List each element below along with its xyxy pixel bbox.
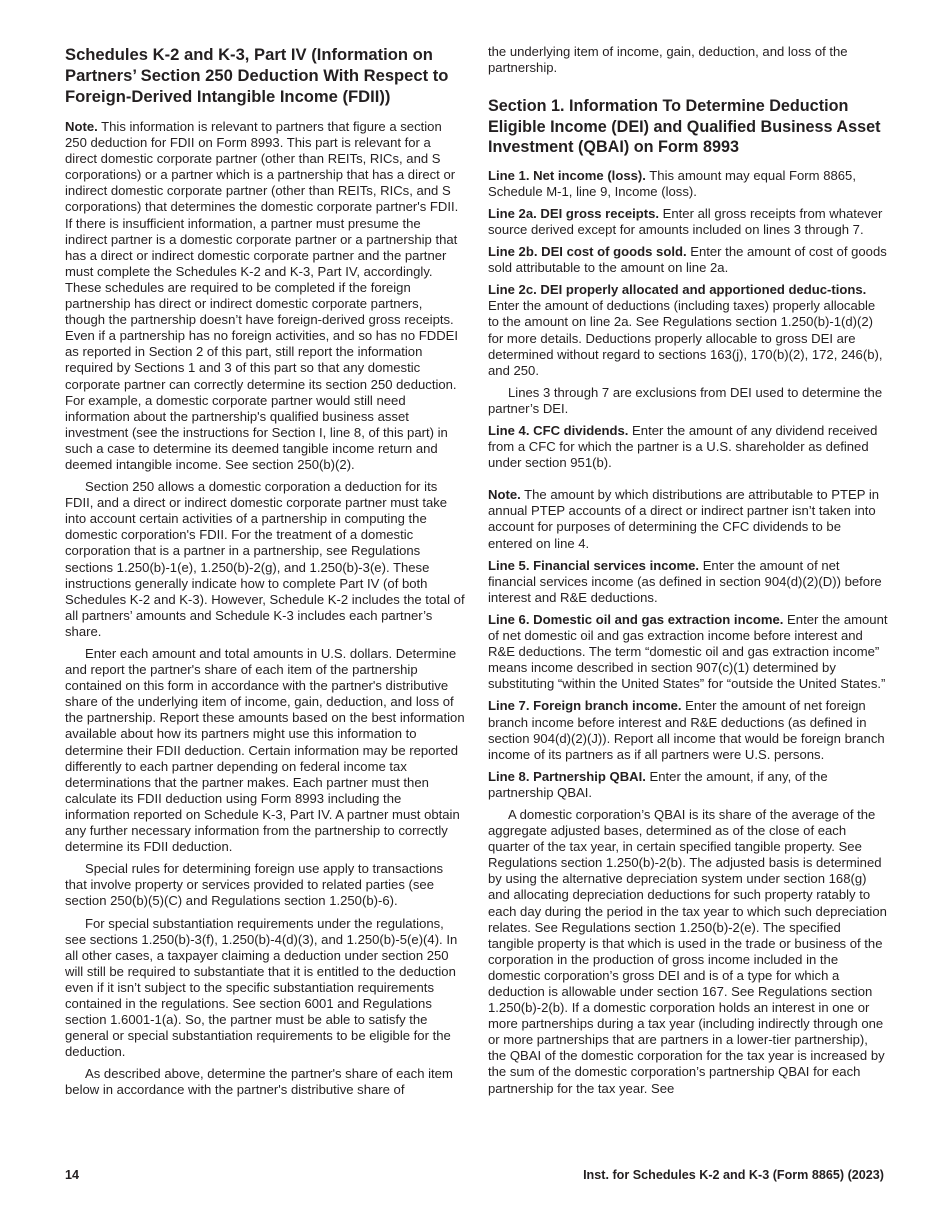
line-4-lead: Line 4. CFC dividends. [488,423,628,438]
line-8-lead: Line 8. Partnership QBAI. [488,769,646,784]
line-2b-paragraph: Line 2b. DEI cost of goods sold. Enter t… [488,244,888,276]
line-1-lead: Line 1. Net income (loss). [488,168,646,183]
foreign-use-paragraph: Special rules for determining foreign us… [65,861,465,909]
line-2a-lead: Line 2a. DEI gross receipts. [488,206,659,221]
ptep-note-lead: Note. [488,487,521,502]
footer-document-title: Inst. for Schedules K-2 and K-3 (Form 88… [583,1168,884,1182]
right-column: the underlying item of income, gain, ded… [488,44,888,1103]
note-text: This information is relevant to partners… [65,119,458,472]
line-8-paragraph: Line 8. Partnership QBAI. Enter the amou… [488,769,888,801]
page-number: 14 [65,1168,79,1182]
line-1-paragraph: Line 1. Net income (loss). This amount m… [488,168,888,200]
us-dollars-paragraph: Enter each amount and total amounts in U… [65,646,465,855]
ptep-note-text: The amount by which distributions are at… [488,487,879,550]
line-6-paragraph: Line 6. Domestic oil and gas extraction … [488,612,888,692]
line-4-paragraph: Line 4. CFC dividends. Enter the amount … [488,423,888,471]
line-6-lead: Line 6. Domestic oil and gas extraction … [488,612,783,627]
lines-3-7-paragraph: Lines 3 through 7 are exclusions from DE… [488,385,888,417]
substantiation-paragraph: For special substantiation requirements … [65,916,465,1061]
line-2c-lead: Line 2c. DEI properly allocated and appo… [488,282,866,297]
line-5-lead: Line 5. Financial services income. [488,558,699,573]
line-2c-text: Enter the amount of deductions (includin… [488,298,882,377]
line-2c-paragraph: Line 2c. DEI properly allocated and appo… [488,282,888,379]
continuation-paragraph: the underlying item of income, gain, ded… [488,44,888,76]
section-1-heading: Section 1. Information To Determine Dedu… [488,96,888,158]
line-2b-lead: Line 2b. DEI cost of goods sold. [488,244,687,259]
note-lead: Note. [65,119,98,134]
line-2a-paragraph: Line 2a. DEI gross receipts. Enter all g… [488,206,888,238]
note-paragraph: Note. This information is relevant to pa… [65,119,465,473]
partner-share-paragraph: As described above, determine the partne… [65,1066,465,1098]
part-iv-heading: Schedules K-2 and K-3, Part IV (Informat… [65,44,465,107]
line-7-lead: Line 7. Foreign branch income. [488,698,682,713]
document-page: Schedules K-2 and K-3, Part IV (Informat… [0,0,950,1230]
section-250-paragraph: Section 250 allows a domestic corporatio… [65,479,465,640]
line-5-paragraph: Line 5. Financial services income. Enter… [488,558,888,606]
qbai-paragraph: A domestic corporation’s QBAI is its sha… [488,807,888,1097]
line-7-paragraph: Line 7. Foreign branch income. Enter the… [488,698,888,762]
ptep-note-paragraph: Note. The amount by which distributions … [488,487,888,551]
left-column: Schedules K-2 and K-3, Part IV (Informat… [65,44,465,1105]
